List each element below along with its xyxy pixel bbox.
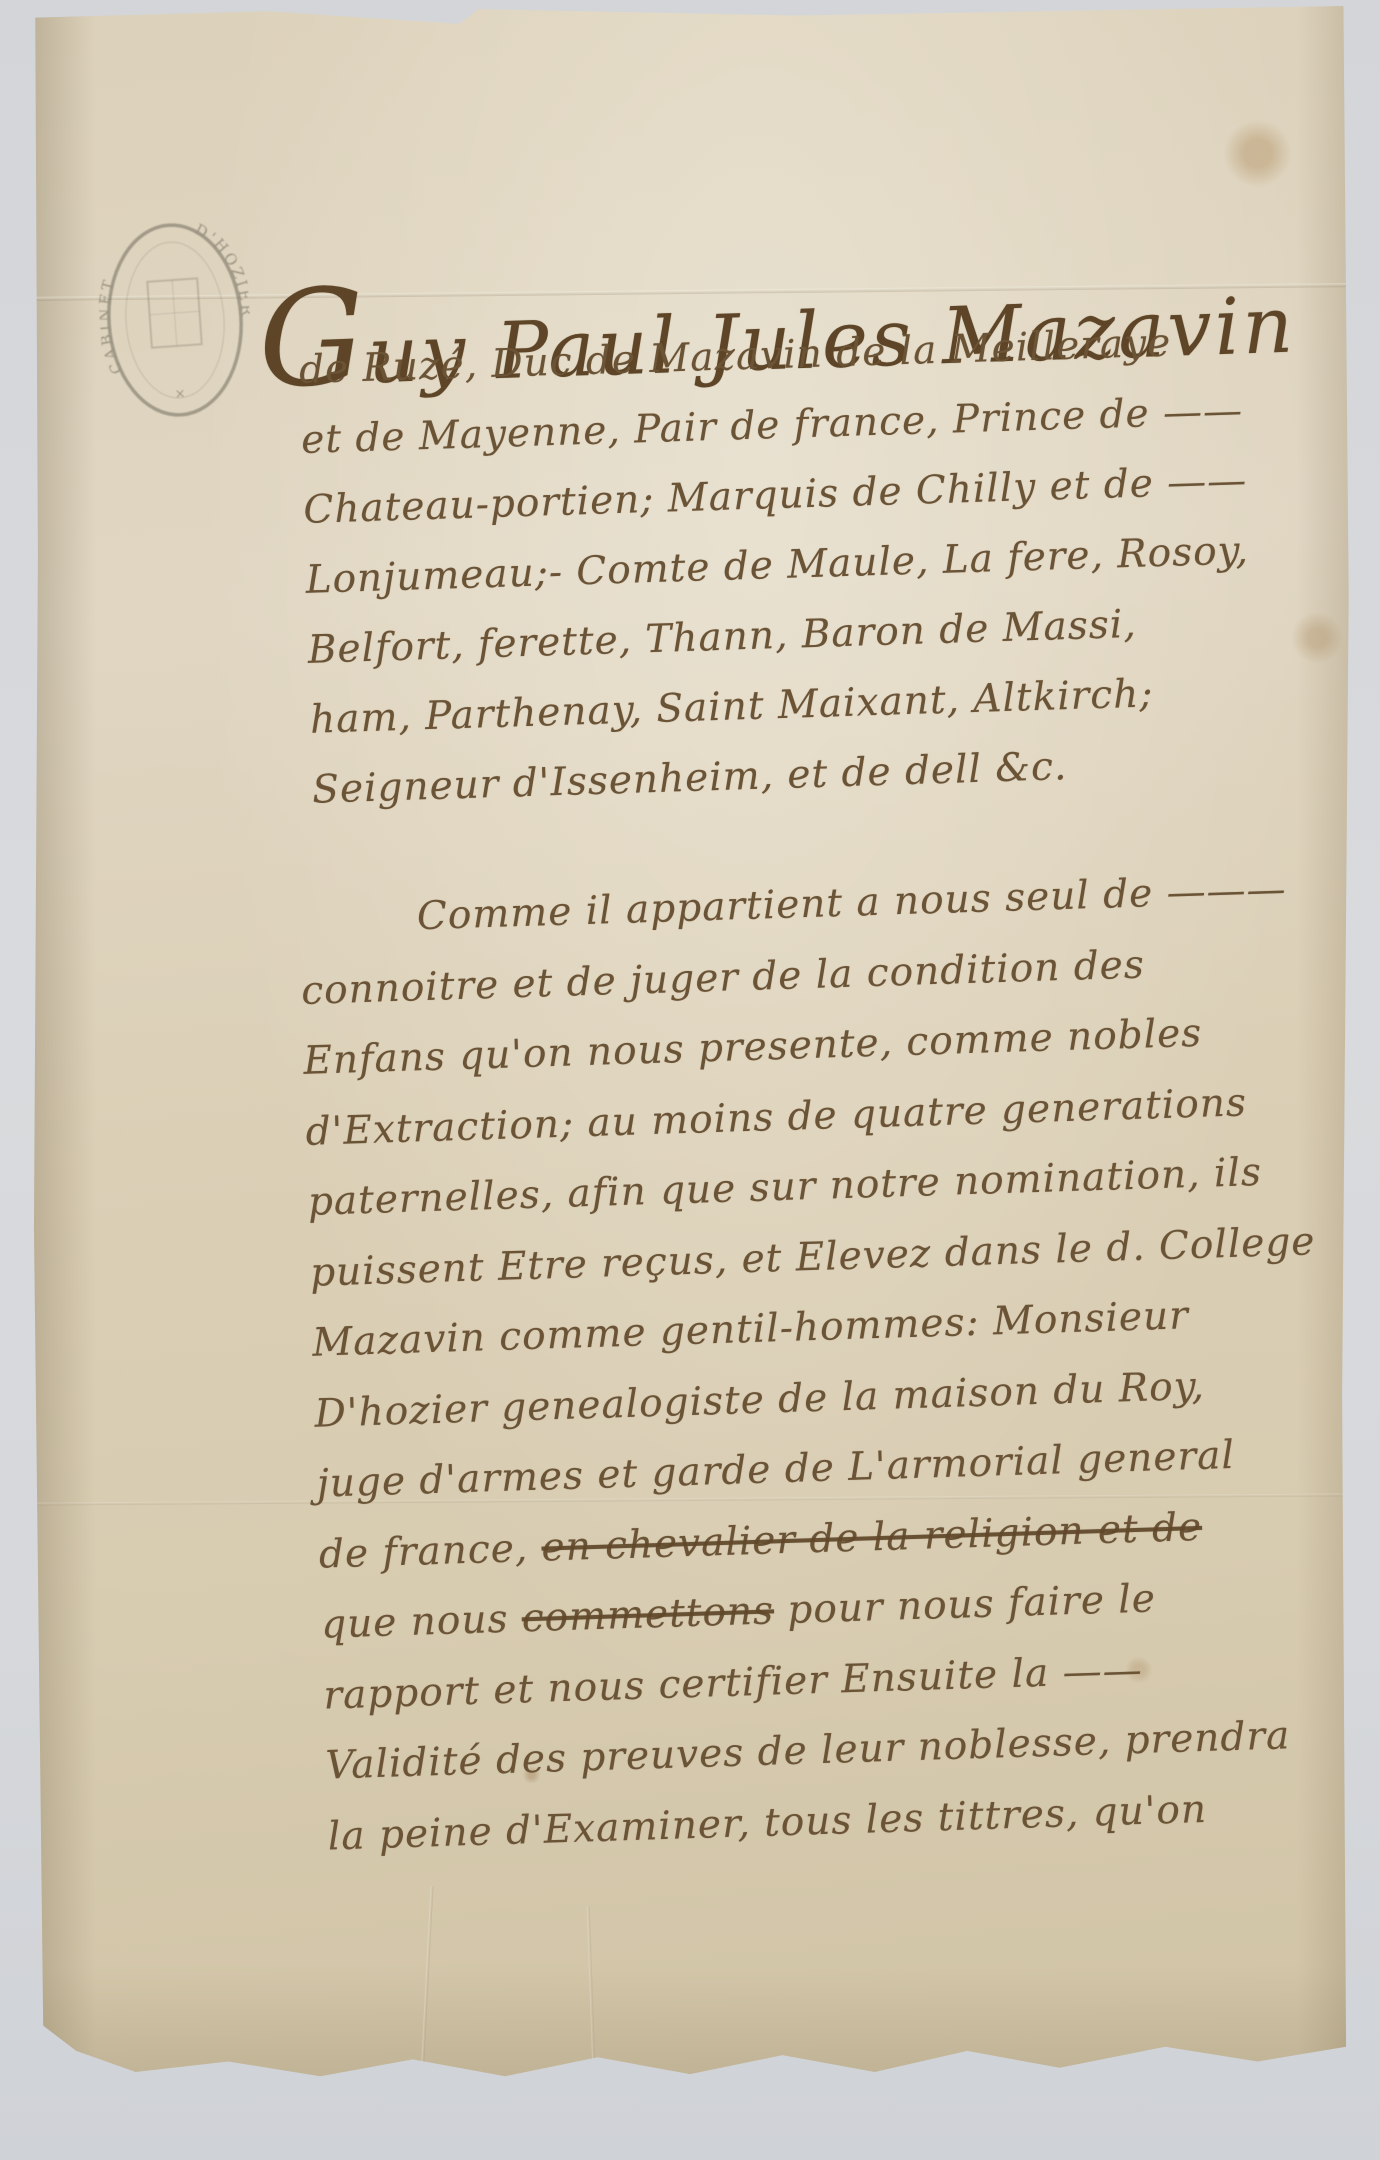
photo-backdrop: CABINET D'HOZIER × Guy Paul Jules Mazavi… (0, 0, 1380, 2160)
fold-crease-vertical (587, 1906, 597, 2096)
line-text: que nous (321, 1596, 523, 1647)
stamp-arc-text-right: D'HOZIER (191, 217, 256, 322)
body-paragraph: Comme il appartient a nous seul de ———co… (298, 854, 1334, 1872)
fold-crease-vertical (420, 1886, 434, 2096)
line-text: ham, Parthenay, Saint Maixant, Altkirch; (309, 671, 1154, 742)
line-text: Belfort, ferette, Thann, Baron de Massi, (307, 602, 1137, 673)
line-text: pour nous faire le (773, 1576, 1156, 1633)
line-text: de france, (318, 1525, 542, 1577)
stamp-bottom-mark: × (174, 386, 186, 402)
cabinet-dhozier-stamp-icon: CABINET D'HOZIER × (93, 215, 257, 425)
line-text: connoitre et de juger de la condition de… (301, 942, 1146, 1013)
stamp-arc-text-left: CABINET (93, 274, 127, 377)
struck-text: en chevalier de la religion et de (541, 1504, 1203, 1570)
line-text: Seigneur d'Issenheim, et de dell &c. (312, 744, 1068, 813)
manuscript-page: CABINET D'HOZIER × Guy Paul Jules Mazavi… (30, 6, 1350, 2112)
line-text: rapport et nous certifier Ensuite la —— (323, 1647, 1144, 1718)
struck-text: commettons (521, 1588, 775, 1641)
line-text: Comme il appartient a nous seul de ——— (416, 867, 1287, 939)
titles-paragraph: de Ruzé, Duc de Mazavin de la Meilleraye… (298, 306, 1257, 825)
line-text: Mazavin comme gentil-hommes: Monsieur (312, 1293, 1190, 1366)
